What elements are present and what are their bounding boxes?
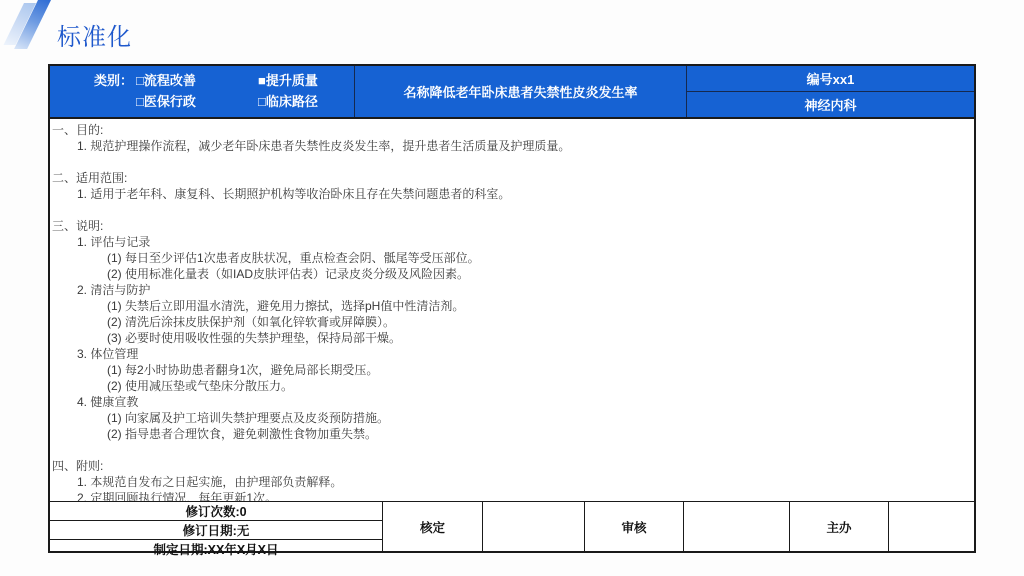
category-option-checked: ■提升质量: [258, 72, 354, 90]
check-label-cell: 核定: [382, 502, 482, 551]
category-option-unchecked: □临床路径: [258, 93, 354, 111]
body-line: 1. 规范护理操作流程，减少老年卧床患者失禁性皮炎发生率，提升患者生活质量及护理…: [51, 138, 968, 154]
body-line: (1) 向家属及护工培训失禁护理要点及皮炎预防措施。: [51, 410, 968, 426]
body-line: [51, 202, 968, 218]
doc-table: 类别： □流程改善 ■提升质量 □医保行政 □临床路径 名称降低老年卧床患者失禁…: [48, 64, 976, 553]
category-spacer: [94, 93, 136, 111]
body-line: 1. 评估与记录: [51, 234, 968, 250]
body-line: 一、目的:: [51, 122, 968, 138]
created-date: 制定日期:XX年X月X日: [50, 539, 382, 558]
slide-background: 标准化 类别： □流程改善 ■提升质量 □医保行政 □临床路径 名称降低老年卧床…: [0, 0, 1024, 576]
host-label-cell: 主办: [789, 502, 888, 551]
body-line: 二、适用范围:: [51, 170, 968, 186]
department-name: 神经内科: [687, 92, 974, 117]
table-header: 类别： □流程改善 ■提升质量 □医保行政 □临床路径 名称降低老年卧床患者失禁…: [50, 66, 974, 119]
body-line: (1) 失禁后立即用温水清洗，避免用力擦拭，选择pH值中性清洁剂。: [51, 298, 968, 314]
category-cell: 类别： □流程改善 ■提升质量 □医保行政 □临床路径: [50, 66, 354, 117]
document-code: 编号xx1: [687, 66, 974, 92]
body-line: (3) 必要时使用吸收性强的失禁护理垫，保持局部干燥。: [51, 330, 968, 346]
body-cell: 一、目的:1. 规范护理操作流程，减少老年卧床患者失禁性皮炎发生率，提升患者生活…: [50, 119, 974, 501]
body-line: [51, 154, 968, 170]
body-line: 2. 清洁与防护: [51, 282, 968, 298]
revision-count: 修订次数:0: [50, 502, 382, 520]
body-line: (1) 每2小时协助患者翻身1次，避免局部长期受压。: [51, 362, 968, 378]
body-line: (1) 每日至少评估1次患者皮肤状况，重点检查会阴、骶尾等受压部位。: [51, 250, 968, 266]
body-line: 三、说明:: [51, 218, 968, 234]
body-line: 四、附则:: [51, 458, 968, 474]
body-line: (2) 使用标准化量表（如IAD皮肤评估表）记录皮炎分级及风险因素。: [51, 266, 968, 282]
body-line: 1. 适用于老年科、康复科、长期照护机构等收治卧床且存在失禁问题患者的科室。: [51, 186, 968, 202]
body-line: 4. 健康宣教: [51, 394, 968, 410]
review-label-cell: 审核: [584, 502, 683, 551]
review-signature-cell: [683, 502, 789, 551]
body-line: 2. 定期回顾执行情况，每年更新1次。: [51, 490, 968, 501]
revision-date: 修订日期:无: [50, 520, 382, 539]
check-signature-cell: [482, 502, 584, 551]
body-line: (2) 使用减压垫或气垫床分散压力。: [51, 378, 968, 394]
page-title: 标准化: [57, 17, 132, 52]
category-option-unchecked: □流程改善: [136, 72, 258, 90]
category-option-unchecked: □医保行政: [136, 93, 258, 111]
footer-table: 修订次数:0 修订日期:无 制定日期:XX年X月X日 核定 审核 主办: [50, 501, 974, 551]
revision-info-cell: 修订次数:0 修订日期:无 制定日期:XX年X月X日: [50, 502, 382, 551]
body-line: [51, 442, 968, 458]
category-label: 类别：: [94, 72, 136, 90]
document-name-cell: 名称降低老年卧床患者失禁性皮炎发生率: [354, 66, 686, 117]
body-line: (2) 清洗后涂抹皮肤保护剂（如氧化锌软膏或屏障膜）。: [51, 314, 968, 330]
host-signature-cell: [888, 502, 974, 551]
body-line: 1. 本规范自发布之日起实施，由护理部负责解释。: [51, 474, 968, 490]
body-lines: 一、目的:1. 规范护理操作流程，减少老年卧床患者失禁性皮炎发生率，提升患者生活…: [51, 122, 968, 501]
code-department-cell: 编号xx1 神经内科: [686, 66, 974, 117]
body-line: (2) 指导患者合理饮食，避免刺激性食物加重失禁。: [51, 426, 968, 442]
body-line: 3. 体位管理: [51, 346, 968, 362]
